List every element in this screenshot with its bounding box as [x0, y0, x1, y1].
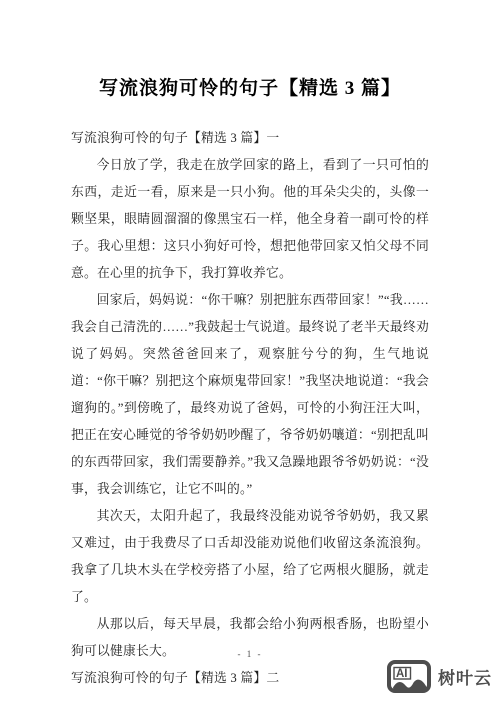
- document-page: 写流浪狗可怜的句子【精选 3 篇】 写流浪狗可怜的句子【精选 3 篇】一 今日放…: [0, 0, 500, 707]
- section-two-heading: 写流浪狗可怜的句子【精选 3 篇】二: [71, 665, 429, 692]
- svg-text:AI: AI: [396, 668, 408, 680]
- brand-logo: AI 树叶云: [387, 660, 492, 693]
- paragraph-3: 其次天，太阳升起了，我最终没能劝说爷爷奶奶，我又累又难过，由于我费尽了口舌却没能…: [71, 503, 429, 611]
- brand-name: 树叶云: [438, 664, 492, 689]
- page-number: - 1 -: [0, 649, 500, 659]
- paragraph-1: 今日放了学，我走在放学回家的路上，看到了一只可怕的东西，走近一看，原来是一只小狗…: [71, 152, 429, 287]
- ai-image-logo-icon: AI: [387, 660, 431, 693]
- document-title: 写流浪狗可怜的句子【精选 3 篇】: [0, 0, 500, 102]
- section-one-heading: 写流浪狗可怜的句子【精选 3 篇】一: [71, 125, 429, 152]
- document-body: 写流浪狗可怜的句子【精选 3 篇】一 今日放了学，我走在放学回家的路上，看到了一…: [71, 125, 429, 692]
- paragraph-2: 回家后，妈妈说：“你干嘛？别把脏东西带回家！”“我……我会自己清洗的……”我鼓起…: [71, 287, 429, 503]
